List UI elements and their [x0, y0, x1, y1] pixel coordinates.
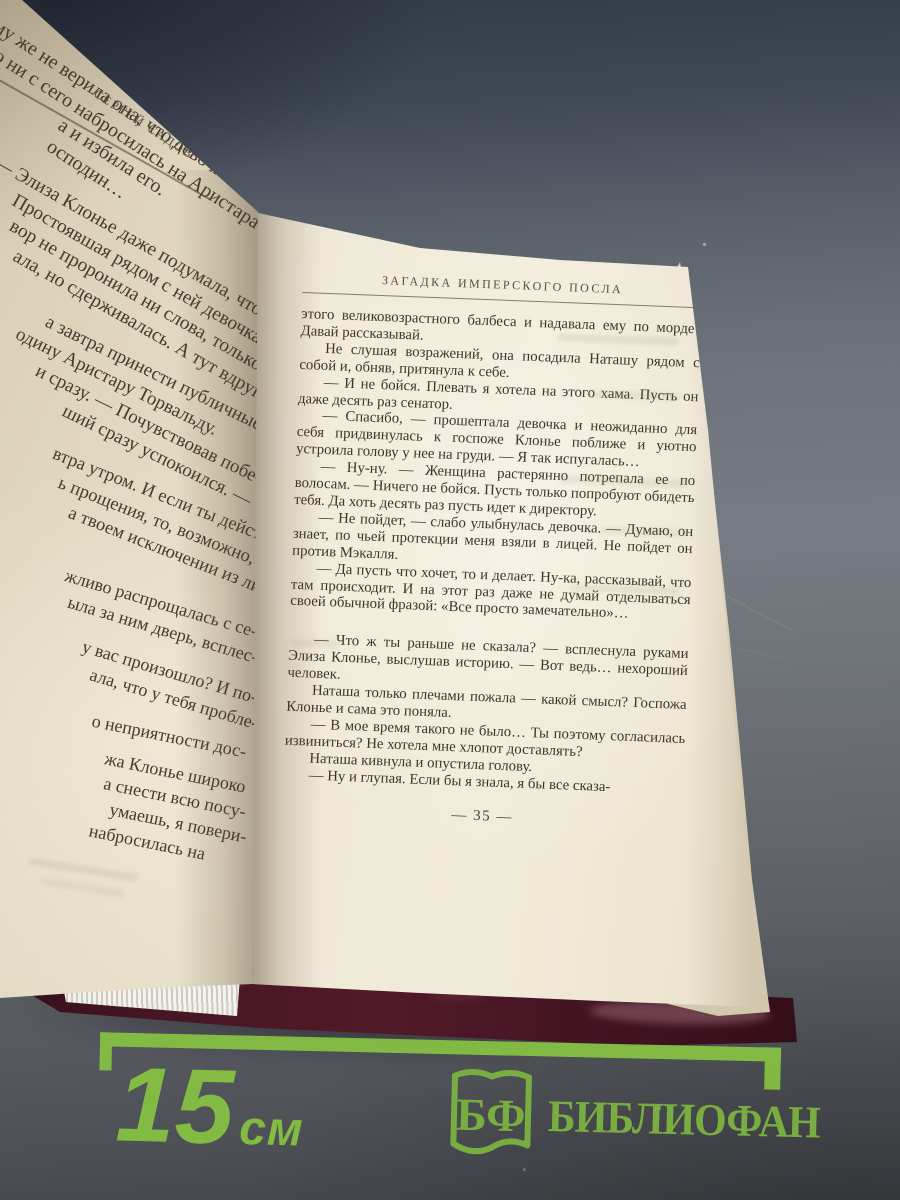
gutter-shadow [250, 205, 322, 995]
dust-speck [523, 1168, 526, 1171]
logo-monogram: БФ [447, 1069, 535, 1159]
logo-brand-text: БИБЛИОФАН [547, 1091, 820, 1149]
ruler-unit-label: см [239, 1102, 305, 1157]
bibliofan-logo: БФ БИБЛИОФАН [447, 1063, 821, 1174]
right-page-text: этого великовозрастного балбеса и надава… [283, 306, 701, 798]
ruler-length-value: 15 [114, 1045, 235, 1166]
gutter-shadow [176, 170, 264, 995]
ruler-length-label: 15см [114, 1049, 305, 1166]
page-number: — 35 — [282, 801, 682, 833]
right-page-content: ЗАГАДКА ИМПЕРСКОГО ПОСЛА этого великовоз… [282, 270, 703, 833]
dust-speck [703, 243, 706, 246]
right-page-running-head: ЗАГАДКА ИМПЕРСКОГО ПОСЛА [302, 270, 703, 308]
open-book-icon: БФ [447, 1063, 535, 1167]
show-through-text [40, 877, 125, 897]
book-photo-scene: СЕРГЕЙ САДОВ к тому же не верила она, чт… [0, 0, 900, 1200]
